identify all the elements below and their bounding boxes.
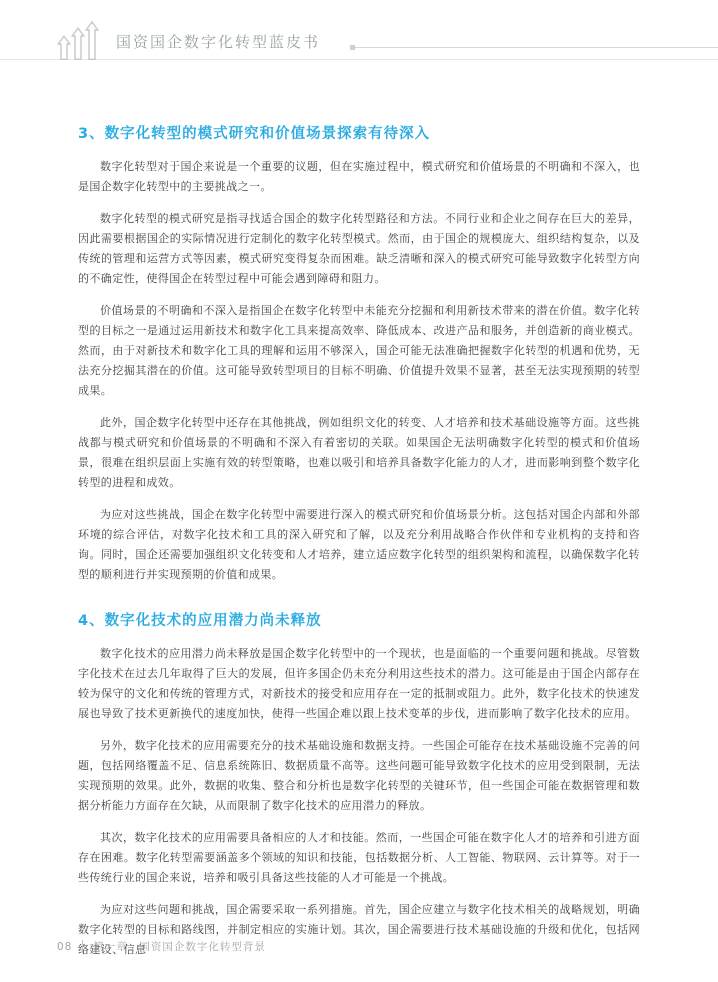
rule-line bbox=[355, 47, 718, 48]
section-4-heading: 4、数字化技术的应用潜力尚未释放 bbox=[78, 609, 640, 630]
body-paragraph: 数字化转型对于国企来说是一个重要的议题，但在实施过程中，模式研究和价值场景的不明… bbox=[78, 157, 640, 197]
footer-divider bbox=[82, 940, 83, 953]
body-paragraph: 数字化转型的模式研究是指寻找适合国企的数字化转型路径和方法。不同行业和企业之间存… bbox=[78, 209, 640, 289]
page-footer: 08 第一章 国资国企数字化转型背景 bbox=[57, 939, 266, 954]
section-3-heading: 3、数字化转型的模式研究和价值场景探索有待深入 bbox=[78, 122, 640, 143]
footer-chapter-label: 第一章 国资国企数字化转型背景 bbox=[93, 939, 266, 954]
page-number: 08 bbox=[57, 941, 72, 953]
body-paragraph: 为应对这些挑战，国企在数字化转型中需要进行深入的模式研究和价值场景分析。这包括对… bbox=[78, 505, 640, 585]
document-page: 国资国企数字化转型蓝皮书 3、数字化转型的模式研究和价值场景探索有待深入 数字化… bbox=[0, 0, 718, 982]
body-paragraph: 另外，数字化技术的应用需要充分的技术基础设施和数据支持。一些国企可能存在技术基础… bbox=[78, 736, 640, 816]
growth-arrows-icon bbox=[57, 20, 103, 60]
body-paragraph: 此外，国企数字化转型中还存在其他挑战，例如组织文化的转变、人才培养和技术基础设施… bbox=[78, 413, 640, 493]
header-rule bbox=[350, 45, 718, 50]
page-header: 国资国企数字化转型蓝皮书 bbox=[0, 0, 718, 60]
body-paragraph: 价值场景的不明确和不深入是指国企在数字化转型中未能充分挖掘和利用新技术带来的潜在… bbox=[78, 301, 640, 401]
body-paragraph: 数字化技术的应用潜力尚未释放是国企数字化转型中的一个现状，也是面临的一个重要问题… bbox=[78, 644, 640, 724]
body-paragraph: 其次，数字化技术的应用需要具备相应的人才和技能。然而，一些国企可能在数字化人才的… bbox=[78, 828, 640, 888]
page-body: 3、数字化转型的模式研究和价值场景探索有待深入 数字化转型对于国企来说是一个重要… bbox=[0, 122, 718, 960]
header-book-title: 国资国企数字化转型蓝皮书 bbox=[116, 31, 320, 52]
